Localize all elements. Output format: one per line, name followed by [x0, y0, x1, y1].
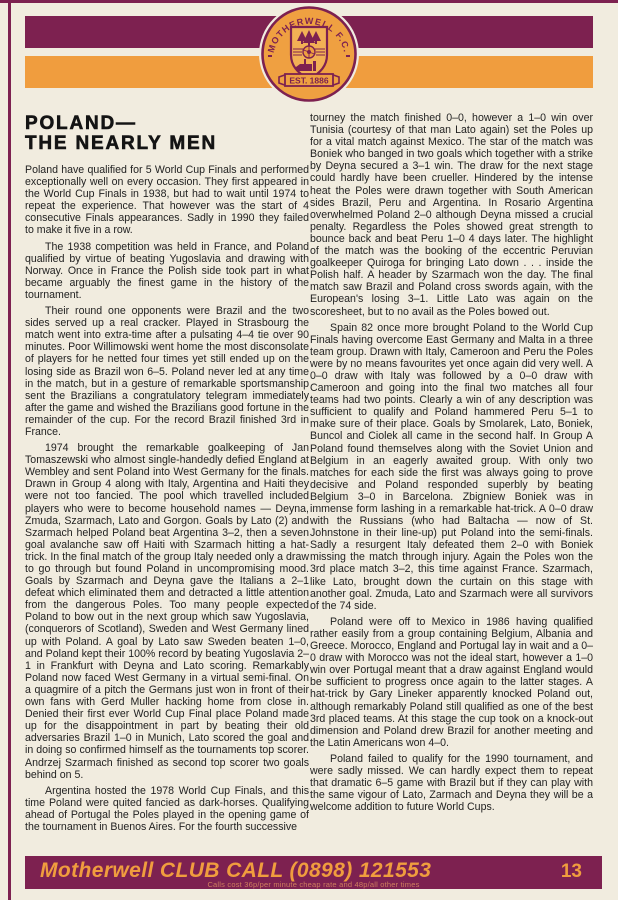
article-title-line1: POLAND—	[25, 114, 309, 134]
call-cost-small-print: Calls cost 36p/per minute cheap rate and…	[25, 880, 602, 889]
article-paragraph: tourney the match finished 0–0, however …	[310, 112, 593, 318]
article-paragraph: Poland failed to qualify for the 1990 to…	[310, 753, 593, 813]
crest-football	[303, 46, 315, 58]
article-title-line2: THE NEARLY MEN	[25, 134, 309, 154]
article-column-right: tourney the match finished 0–0, however …	[310, 112, 593, 817]
article-paragraph: Poland have qualified for 5 World Cup Fi…	[25, 164, 309, 237]
article-column-left: POLAND— THE NEARLY MEN Poland have quali…	[25, 112, 309, 837]
article-paragraph: Poland were off to Mexico in 1986 having…	[310, 616, 593, 749]
motherwell-crest-icon: MOTHERWELL F.C.	[259, 4, 359, 104]
crest-shield	[291, 27, 327, 79]
article-paragraph: The 1938 competition was held in France,…	[25, 241, 309, 301]
article-paragraphs-right: tourney the match finished 0–0, however …	[310, 112, 593, 813]
article-paragraph: Spain 82 once more brought Poland to the…	[310, 322, 593, 612]
article-paragraph: Argentina hosted the 1978 World Cup Fina…	[25, 785, 309, 833]
crest-ribbon: EST. 1886	[279, 74, 339, 86]
page-edge-left-rule	[8, 0, 11, 900]
article-title: POLAND— THE NEARLY MEN	[25, 114, 309, 154]
article-paragraphs-left: Poland have qualified for 5 World Cup Fi…	[25, 164, 309, 833]
crest-bottom-text: EST. 1886	[289, 76, 328, 86]
article-paragraph: Their round one opponents were Brazil an…	[25, 305, 309, 438]
footer-bar: Motherwell CLUB CALL (0898) 121553 13 Ca…	[25, 856, 602, 889]
article-paragraph: 1974 brought the remarkable goalkeeping …	[25, 442, 309, 781]
page-edge-top-rule	[0, 0, 618, 3]
programme-page: MOTHERWELL F.C.	[0, 0, 618, 900]
